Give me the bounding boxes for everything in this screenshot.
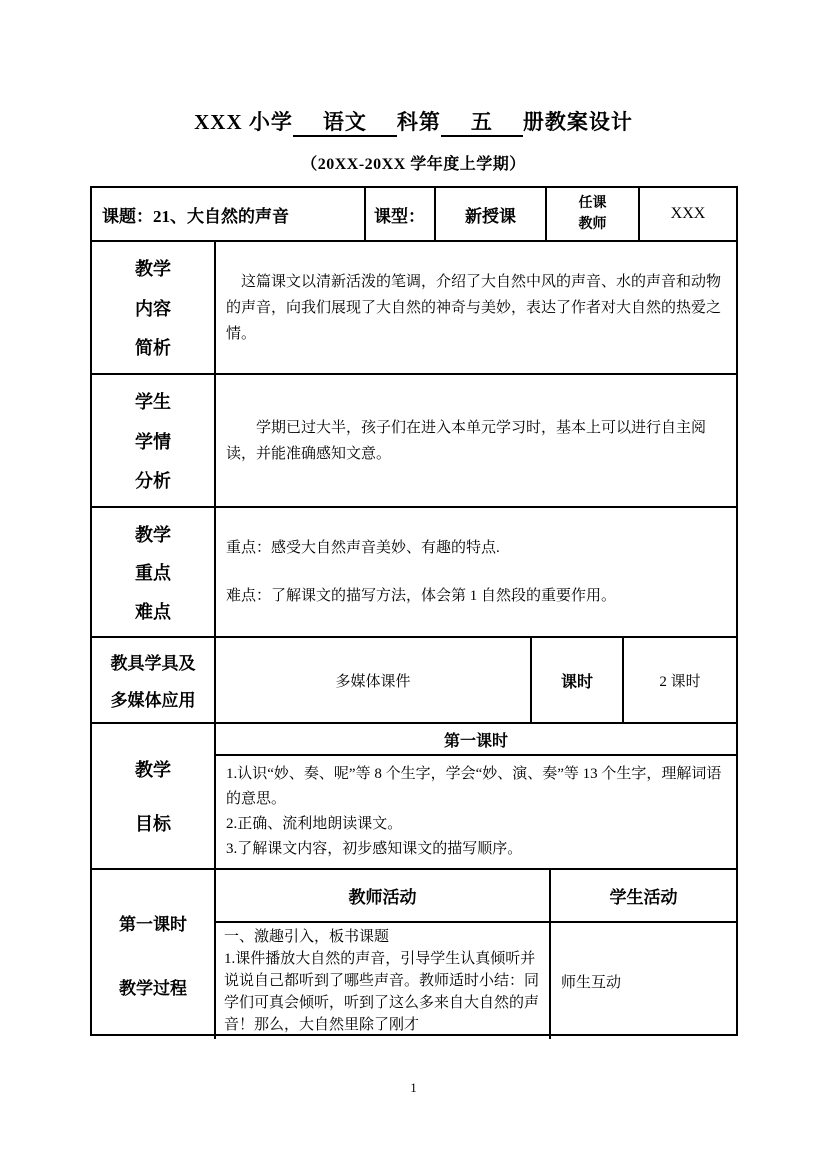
difficult-point-text: 难点：了解课文的描写方法，体会第 1 自然段的重要作用。 xyxy=(226,583,726,609)
label-line: 任课 xyxy=(579,193,607,214)
content-summary-text: 这篇课文以清新活泼的笔调，介绍了大自然中风的声音、水的声音和动物的声音，向我们展… xyxy=(226,269,726,347)
page-number: 1 xyxy=(0,1080,827,1096)
student-analysis-label: 学生 学情 分析 xyxy=(92,375,214,506)
aids-value: 多媒体课件 xyxy=(214,638,530,722)
lesson-type-label: 课型： xyxy=(364,188,434,240)
student-analysis-text-cell: 学期已过大半，孩子们在进入本单元学习时，基本上可以进行自主阅读，并能准确感知文意… xyxy=(214,375,736,506)
period-label: 课时 xyxy=(530,638,622,722)
label-line: 第一课时 xyxy=(119,910,187,935)
objective-item: 2.正确、流利地朗读课文。 xyxy=(226,812,726,837)
objectives-list: 1.认识“妙、奏、呢”等 8 个生字，学会“妙、演、奏”等 13 个生字，理解词… xyxy=(216,756,736,868)
doc-subtitle: （20XX-20XX 学年度上学期） xyxy=(0,151,827,174)
process-label: 第一课时 教学过程 xyxy=(92,870,214,1039)
title-volume-blank: 五 xyxy=(441,110,523,137)
label-line: 学生 xyxy=(135,388,171,414)
lesson-plan-table: 课题：21、大自然的声音 课型： 新授课 任课 教师 XXX 教学 内容 简析 … xyxy=(90,186,738,1036)
assigned-teacher-label: 任课 教师 xyxy=(545,188,638,240)
lesson-topic: 课题：21、大自然的声音 xyxy=(92,188,364,240)
session-header: 第一课时 xyxy=(216,724,736,756)
student-analysis-text: 学期已过大半，孩子们在进入本单元学习时，基本上可以进行自主阅读，并能准确感知文意… xyxy=(226,415,726,467)
label-line: 难点 xyxy=(135,598,171,624)
label-line: 教学 xyxy=(135,521,171,547)
period-value: 2 课时 xyxy=(622,638,736,722)
aids-label: 教具学具及 多媒体应用 xyxy=(92,638,214,722)
teacher-activity-line: 1.课件播放大自然的声音，引导学生认真倾听并说说自己都听到了哪些声音。教师适时小… xyxy=(224,948,541,1036)
student-activity-text: 师生互动 xyxy=(549,923,736,1039)
activity-body-row: 一、激趣引入，板书课题 1.课件播放大自然的声音，引导学生认真倾听并说说自己都听… xyxy=(216,923,736,1039)
table-row-key-points: 教学 重点 难点 重点：感受大自然声音美妙、有趣的特点. 难点：了解课文的描写方… xyxy=(92,506,736,636)
table-row-objectives: 教学 目标 第一课时 1.认识“妙、奏、呢”等 8 个生字，学会“妙、演、奏”等… xyxy=(92,722,736,868)
process-right-panel: 教师活动 学生活动 一、激趣引入，板书课题 1.课件播放大自然的声音，引导学生认… xyxy=(214,870,736,1039)
label-line: 分析 xyxy=(135,467,171,493)
label-line: 多媒体应用 xyxy=(111,686,196,711)
key-points-label: 教学 重点 难点 xyxy=(92,508,214,636)
key-point-text: 重点：感受大自然声音美妙、有趣的特点. xyxy=(226,535,726,561)
objectives-label: 教学 目标 xyxy=(92,724,214,868)
label-line: 教学 xyxy=(135,756,171,782)
label-line: 教师 xyxy=(579,214,607,235)
label-line: 重点 xyxy=(135,559,171,585)
label-line: 简析 xyxy=(135,334,171,360)
content-summary-text-cell: 这篇课文以清新活泼的笔调，介绍了大自然中风的声音、水的声音和动物的声音，向我们展… xyxy=(214,242,736,373)
title-suffix: 册教案设计 xyxy=(523,110,633,134)
label-line: 教具学具及 xyxy=(111,649,196,674)
activity-header-row: 教师活动 学生活动 xyxy=(216,870,736,923)
table-row-header: 课题：21、大自然的声音 课型： 新授课 任课 教师 XXX xyxy=(92,188,736,240)
document-page: XXX 小学语文科第五册教案设计 （20XX-20XX 学年度上学期） 课题：2… xyxy=(0,0,827,1169)
label-line: 目标 xyxy=(135,810,171,836)
doc-title: XXX 小学语文科第五册教案设计 xyxy=(0,106,827,137)
title-middle: 科第 xyxy=(397,110,441,134)
table-row-student-analysis: 学生 学情 分析 学期已过大半，孩子们在进入本单元学习时，基本上可以进行自主阅读… xyxy=(92,373,736,506)
objective-item: 3.了解课文内容，初步感知课文的描写顺序。 xyxy=(226,837,726,862)
label-line: 教学 xyxy=(135,255,171,281)
teacher-activity-header: 教师活动 xyxy=(216,870,549,921)
assigned-teacher-name: XXX xyxy=(638,188,736,240)
student-activity-header: 学生活动 xyxy=(549,870,736,921)
label-line: 内容 xyxy=(135,295,171,321)
table-row-process: 第一课时 教学过程 教师活动 学生活动 一、激趣引入，板书课题 1.课件播放大自… xyxy=(92,868,736,1039)
objectives-right-panel: 第一课时 1.认识“妙、奏、呢”等 8 个生字，学会“妙、演、奏”等 13 个生… xyxy=(214,724,736,868)
objective-item: 1.认识“妙、奏、呢”等 8 个生字，学会“妙、演、奏”等 13 个生字，理解词… xyxy=(226,762,726,812)
label-line: 教学过程 xyxy=(119,974,187,999)
lesson-type-value: 新授课 xyxy=(434,188,545,240)
teacher-activity-line: 一、激趣引入，板书课题 xyxy=(224,926,541,948)
table-row-aids: 教具学具及 多媒体应用 多媒体课件 课时 2 课时 xyxy=(92,636,736,722)
label-line: 学情 xyxy=(135,428,171,454)
teacher-activity-text: 一、激趣引入，板书课题 1.课件播放大自然的声音，引导学生认真倾听并说说自己都听… xyxy=(216,923,549,1039)
key-points-text-cell: 重点：感受大自然声音美妙、有趣的特点. 难点：了解课文的描写方法，体会第 1 自… xyxy=(214,508,736,636)
title-subject-blank: 语文 xyxy=(293,110,397,137)
table-row-content-summary: 教学 内容 简析 这篇课文以清新活泼的笔调，介绍了大自然中风的声音、水的声音和动… xyxy=(92,240,736,373)
title-prefix: XXX 小学 xyxy=(194,110,293,134)
content-summary-label: 教学 内容 简析 xyxy=(92,242,214,373)
